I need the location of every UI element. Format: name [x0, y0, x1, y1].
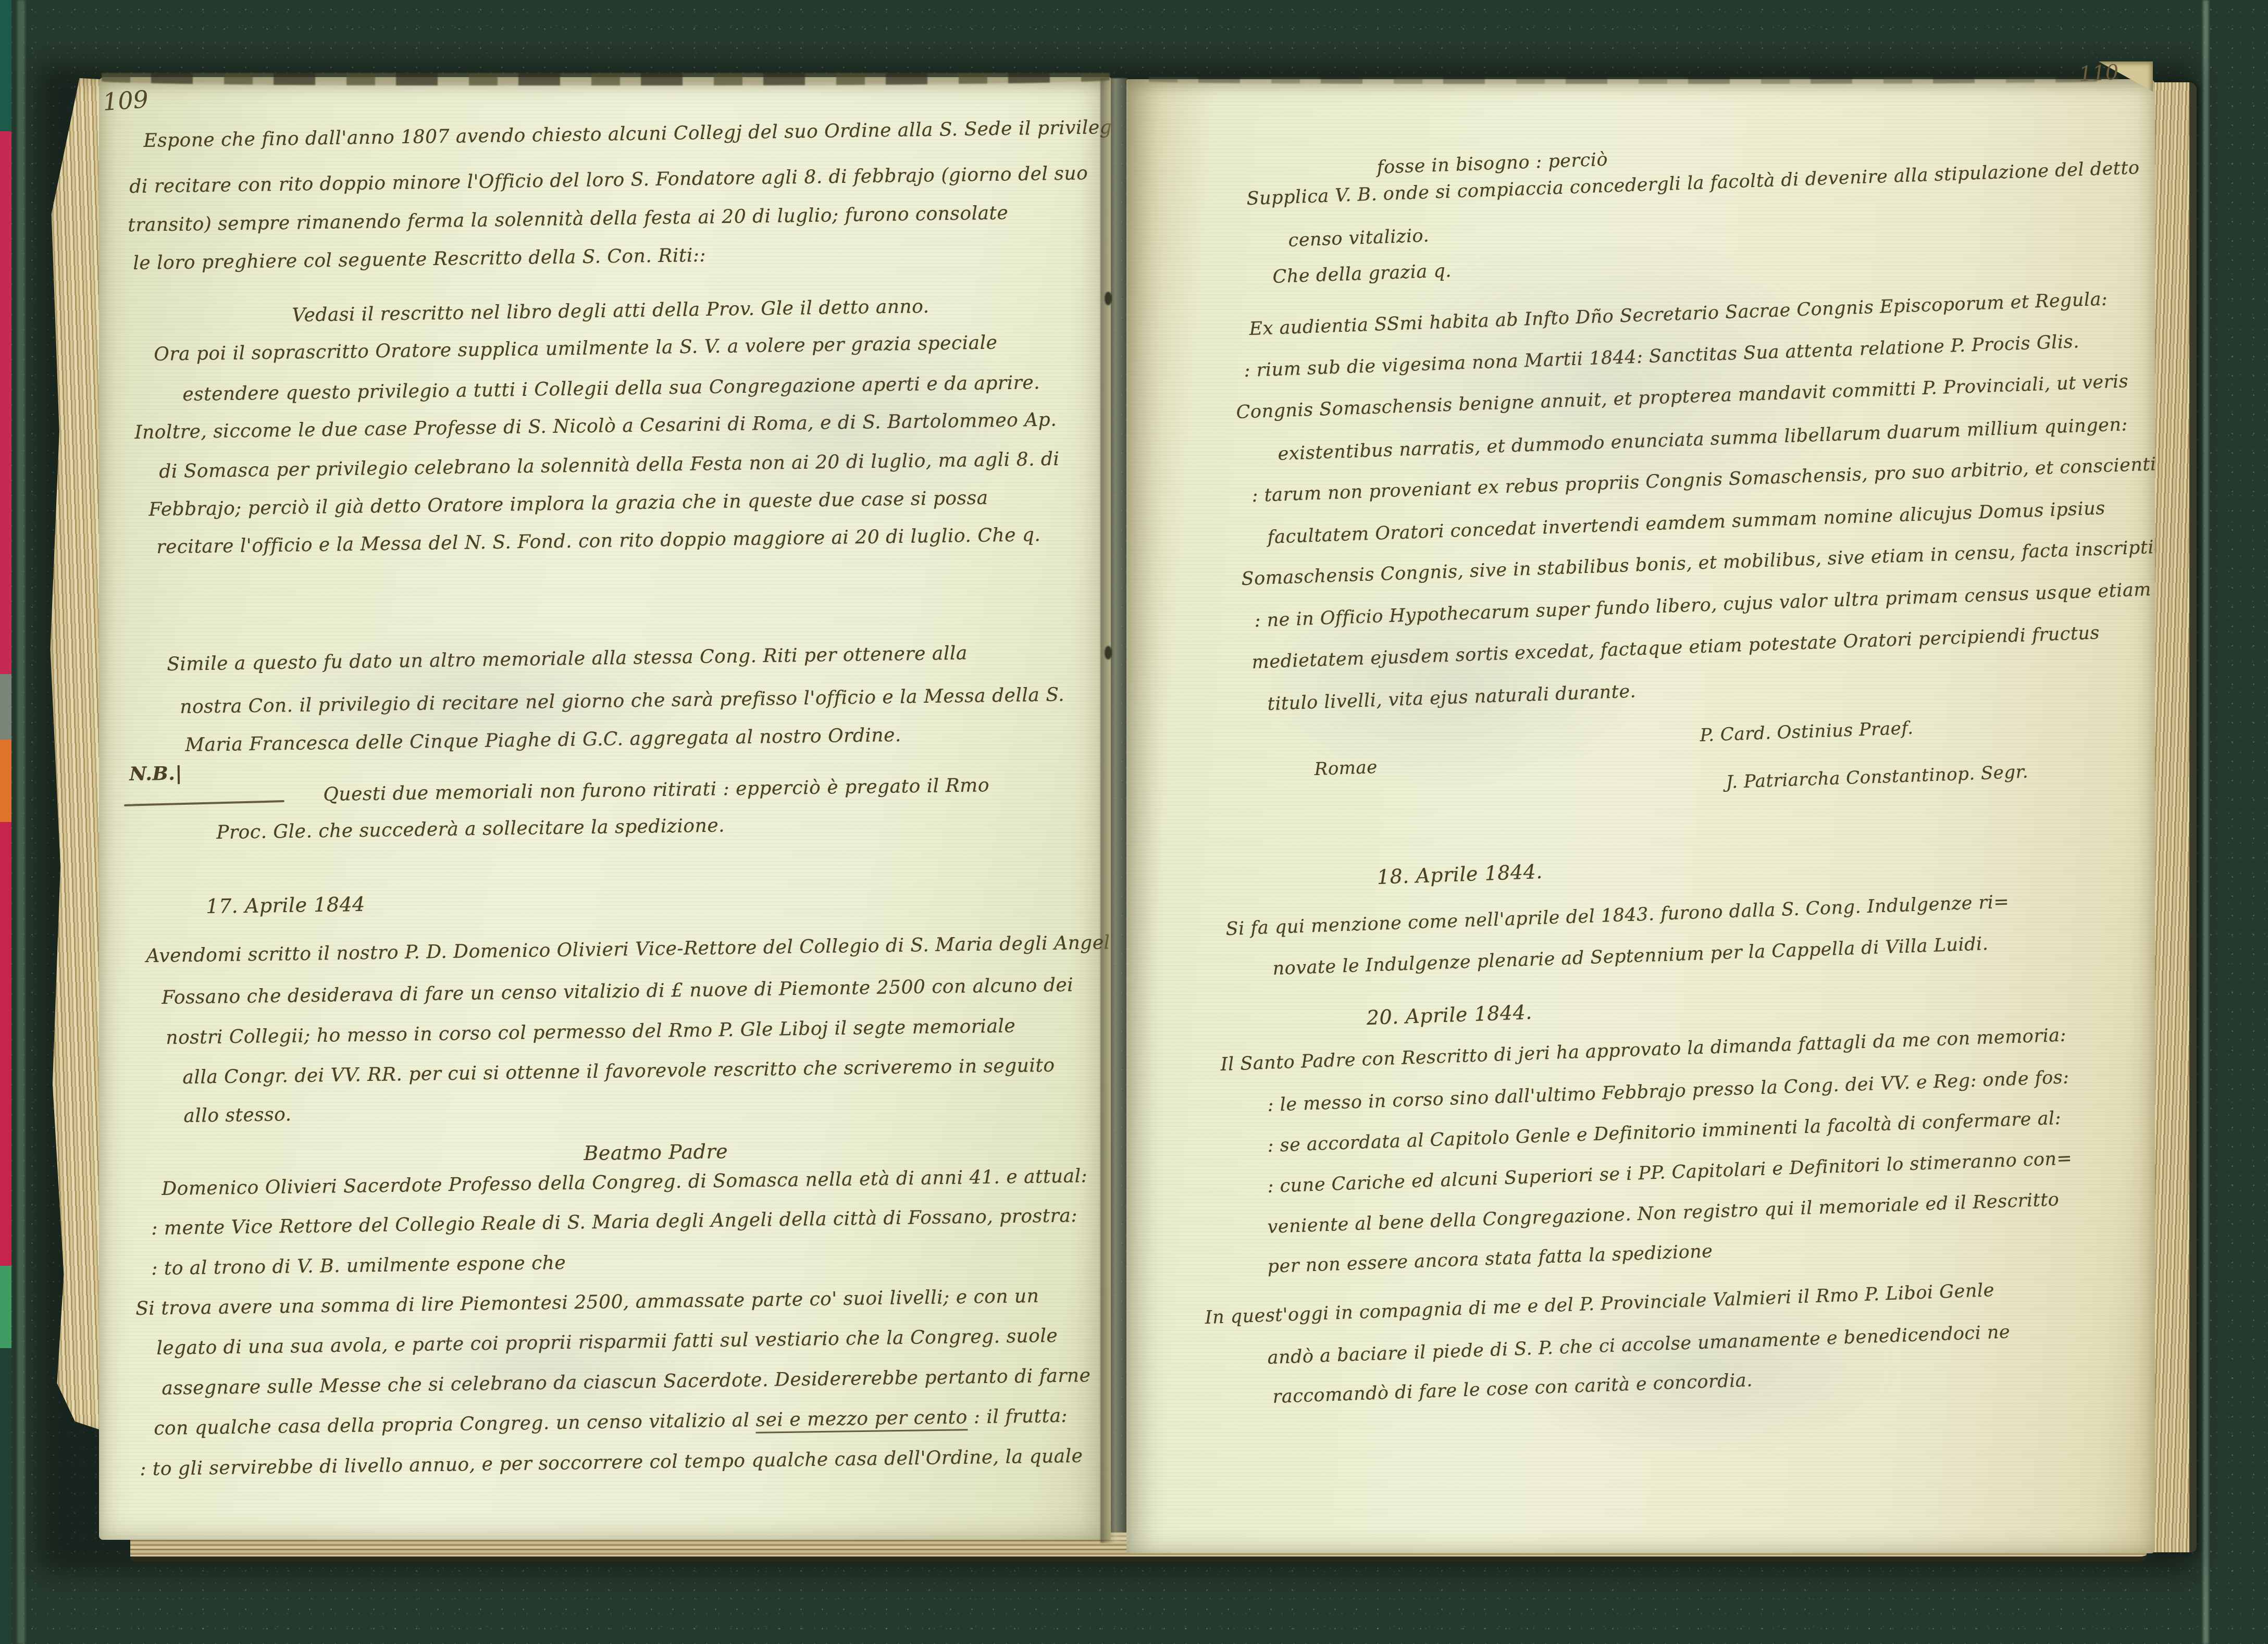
torn-top-edge-right [1149, 77, 2118, 84]
date-heading: 20. Aprile 1844. [1366, 1001, 1532, 1029]
signature-secretary: J. Patriarcha Constantinop. Segr. [1726, 762, 2029, 793]
glass-plate-edge-left [17, 0, 25, 1644]
manuscript-line: Ex audientia SSmi habita ab Infto Dño Se… [1249, 289, 2108, 340]
manuscript-line: Febbrajo; perciò il già detto Oratore im… [148, 488, 988, 520]
place-line: Romae [1314, 757, 1378, 780]
manuscript-line: assegnare sulle Messe che si celebrano d… [162, 1365, 1091, 1399]
manuscript-line: : to al trono di V. B. umilmente espone … [151, 1252, 566, 1279]
manuscript-line: Domenico Olivieri Sacerdote Professo del… [162, 1165, 1087, 1200]
manuscript-line: per non essere ancora stata fatta la spe… [1267, 1241, 1713, 1277]
manuscript-line: Che della grazia q. [1272, 260, 1452, 288]
manuscript-line: estendere questo privilegio a tutti i Co… [182, 372, 1040, 405]
manuscript-line: le loro preghiere col seguente Rescritto… [133, 245, 706, 274]
manuscript-line: transito) sempre rimanendo ferma la sole… [128, 202, 1009, 236]
manuscript-line: novate le Indulgenze plenarie ad Septenn… [1272, 933, 1989, 979]
manuscript-line: : le messo in corso sino dall'ultimo Feb… [1267, 1067, 2069, 1116]
manuscript-line: recitare l'officio e la Messa del N. S. … [156, 524, 1041, 558]
manuscript-line: Congnis Somaschensis benigne annuit, et … [1236, 371, 2129, 423]
left-page: Espone che fino dall'anno 1807 avendo ch… [99, 77, 1111, 1540]
manuscript-line: di recitare con rito doppio minore l'Off… [129, 163, 1088, 197]
manuscript-line: : rium sub die vigesima nona Martii 1844… [1244, 331, 2079, 381]
manuscript-line: allo stesso. [183, 1104, 292, 1127]
manuscript-line: : se accordata al Capitolo Genle e Defin… [1267, 1108, 2062, 1156]
torn-top-edge-left [102, 73, 1110, 85]
manuscript-line: censo vitalizio. [1288, 226, 1430, 251]
line-segment: con qualche casa della propria Congreg. … [154, 1410, 756, 1439]
manuscript-line: existentibus narratis, et dummodo enunci… [1278, 414, 2128, 465]
manuscript-line: andò a baciare il piede di S. P. che ci … [1267, 1322, 2011, 1368]
manuscript-line: raccomandò di fare le cose con carità e … [1272, 1370, 1753, 1408]
manuscript-line: Fossano che desiderava di fare un censo … [162, 975, 1073, 1008]
manuscript-line: Ora poi il soprascritto Oratore supplica… [154, 332, 998, 365]
manuscript-line: Inoltre, siccome le due case Professe di… [134, 409, 1057, 443]
manuscript-line: titulo livelli, vita ejus naturali duran… [1267, 681, 1637, 715]
nota-bene-underline [124, 800, 284, 806]
manuscript-line: Proc. Gle. che succederà a sollecitare l… [216, 815, 725, 843]
manuscript-line: fosse in bisogno : perciò [1377, 150, 1608, 178]
glass-plate-edge-right [2203, 0, 2209, 1644]
manuscript-line: : to gli servirebbe di livello annuo, e … [140, 1446, 1083, 1480]
right-page-edge-stack [2151, 82, 2197, 1552]
signature-prefect: P. Card. Ostinius Praef. [1700, 718, 1914, 746]
date-heading: 18. Aprile 1844. [1377, 860, 1543, 889]
manuscript-line: nostri Collegii; ho messo in corso col p… [166, 1015, 1016, 1049]
gutter-crease-blot [1105, 292, 1112, 305]
right-page: fosse in bisogno : perciò Supplica V. B.… [1126, 79, 2155, 1553]
date-heading: 17. Aprile 1844 [206, 893, 365, 918]
manuscript-line: In quest'oggi in compagnia di me e del P… [1205, 1280, 1994, 1328]
manuscript-line: facultatem Oratori concedat invertendi e… [1267, 498, 2105, 548]
manuscript-line: : tarum non proveniant ex rebus propriis… [1251, 454, 2155, 506]
manuscript-line: : ne in Officio Hypothecarum super fundo… [1254, 579, 2151, 631]
manuscript-line: Si fa qui menzione come nell'aprile del … [1225, 891, 2010, 939]
manuscript-line: Maria Francesca delle Cinque Piaghe di G… [185, 725, 901, 756]
manuscript-line: : cune Cariche ed alcuni Superiori se i … [1267, 1148, 2073, 1197]
manuscript-line: con qualche casa della propria Congreg. … [154, 1405, 1068, 1439]
scanned-manuscript-photo: { "document": { "kind": "handwritten reg… [0, 0, 2268, 1644]
manuscript-line: Il Santo Padre con Rescritto di jeri ha … [1220, 1025, 2067, 1075]
manuscript-line: Questi due memoriali non furono ritirati… [323, 775, 989, 805]
manuscript-line: veniente al bene della Congregazione. No… [1267, 1189, 2060, 1238]
manuscript-line: medietatem ejusdem sortis excedat, facta… [1251, 622, 2100, 673]
folio-number-left: 109 [102, 85, 149, 116]
line-segment: : il frutta: [968, 1405, 1068, 1428]
manuscript-line: di Somasca per privilegio celebrano la s… [159, 449, 1060, 482]
color-calibration-strip [0, 0, 11, 1644]
manuscript-line: nostra Con. il privilegio di recitare ne… [180, 684, 1064, 718]
manuscript-line: alla Congr. dei VV. RR. per cui si otten… [182, 1055, 1055, 1088]
manuscript-line: Vedasi il rescritto nel libro degli atti… [292, 296, 929, 326]
manuscript-line: Si trova avere una somma di lire Piemont… [135, 1286, 1039, 1319]
manuscript-line: Simile a questo fu dato un altro memoria… [167, 643, 968, 675]
manuscript-line: Somaschensis Congnis, sive in stabilibus… [1241, 537, 2155, 590]
folio-number-right: 110 [2078, 60, 2120, 86]
nota-bene-label: N.B.| [129, 763, 182, 785]
salutation-heading: Beatmo Padre [584, 1140, 728, 1165]
gutter-crease-blot [1105, 646, 1112, 659]
manuscript-line: : mente Vice Rettore del Collegio Reale … [151, 1205, 1077, 1239]
manuscript-line: Avendomi scritto il nostro P. D. Domenic… [146, 931, 1111, 967]
manuscript-line: Espone che fino dall'anno 1807 avendo ch… [143, 117, 1111, 152]
manuscript-line: legato di una sua avola, e parte coi pro… [156, 1325, 1058, 1359]
underlined-phrase: sei e mezzo per cento [755, 1406, 968, 1434]
